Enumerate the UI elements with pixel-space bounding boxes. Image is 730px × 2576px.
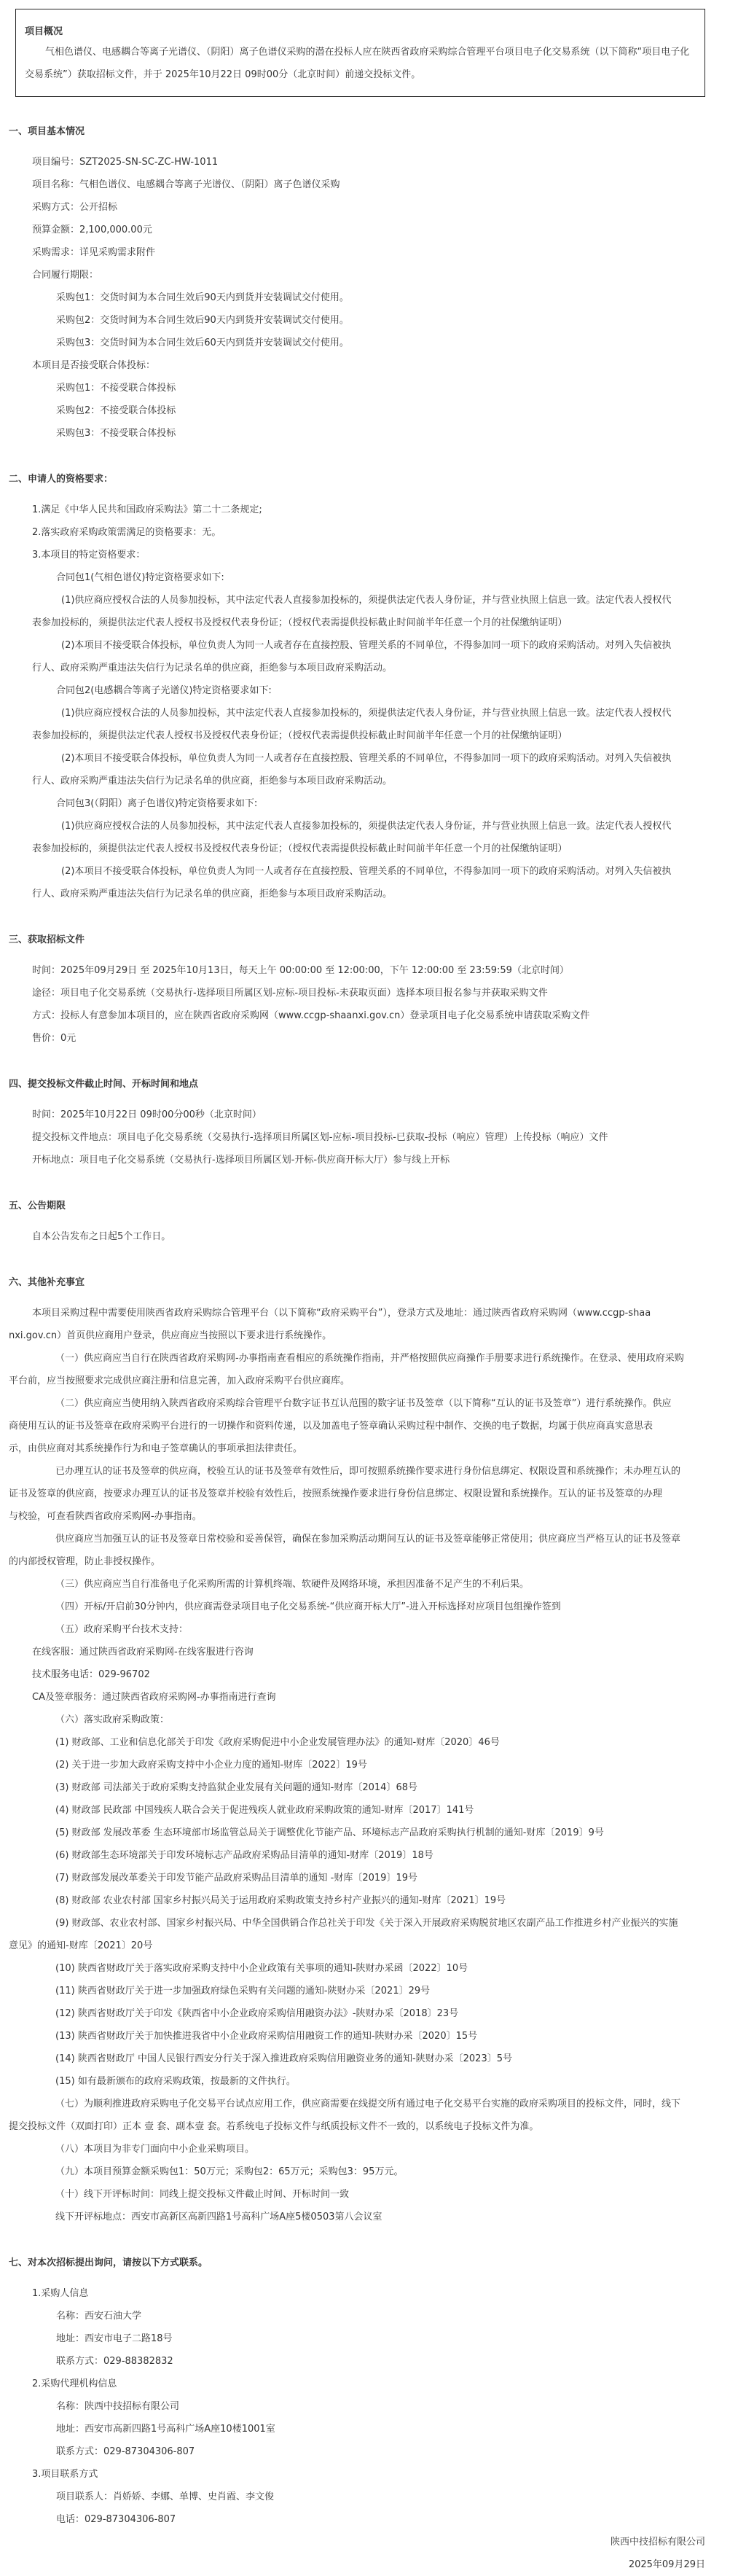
section-deadline-opening: 四、提交投标文件截止时间、开标时间和地点 时间：2025年10月22日 09时0… — [9, 1077, 721, 1171]
other-item: （七）为顺利推进政府采购电子化交易平台试点应用工作，供应商需要在线提交所有通过电… — [9, 2093, 721, 2115]
policy-item: (2) 关于进一步加大政府采购支持中小企业力度的通知-财库〔2022〕19号 — [9, 1754, 721, 1776]
contract-period-item: 采购包1：交货时间为本合同生效后90天内到货并安装调试交付使用。 — [9, 286, 721, 309]
procurement-method: 采购方式：公开招标 — [9, 196, 721, 219]
policy-item: (6) 财政部生态环境部关于印发环境标志产品政府采购品目清单的通知-财库〔201… — [9, 1844, 721, 1867]
section-title: 七、对本次招标提出询问，请按以下方式联系。 — [9, 2256, 721, 2271]
section-title: 一、项目基本情况 — [9, 125, 721, 139]
online-service: 在线客服：通过陕西省政府采购网-在线客服进行咨询 — [9, 1641, 721, 1663]
purchaser-contact: 联系方式：029-88382832 — [9, 2350, 721, 2373]
consortium-item: 采购包2：不接受联合体投标 — [9, 399, 721, 422]
consortium-item: 采购包1：不接受联合体投标 — [9, 377, 721, 399]
obtain-route: 途径：项目电子化交易系统（交易执行-选择项目所属区划-应标-项目投标-未获取页面… — [9, 982, 721, 1004]
package-requirement-text: 行人、政府采购严重违法失信行为记录名单的供应商，拒绝参与本项目政府采购活动。 — [9, 770, 721, 792]
platform-intro: 本项目采购过程中需要使用陕西省政府采购综合管理平台（以下简称“政府采购平台”），… — [9, 1302, 721, 1324]
policy-item: (10) 陕西省财政厅关于落实政府采购支持中小企业政策有关事项的通知-陕财办采函… — [9, 1957, 721, 1980]
project-name: 项目名称：气相色谱仪、电感耦合等离子光谱仪、（阴阳）离子色谱仪采购 — [9, 173, 721, 196]
ca-service: CA及签章服务：通过陕西省政府采购网-办事指南进行查询 — [9, 1686, 721, 1709]
section-title: 三、获取招标文件 — [9, 933, 721, 948]
section-basic-info: 一、项目基本情况 项目编号：SZT2025-SN-SC-ZC-HW-1011 项… — [9, 125, 721, 445]
other-item: （八）本项目为非专门面向中小企业采购项目。 — [9, 2138, 721, 2161]
policy-item: (4) 财政部 民政部 中国残疾人联合会关于促进残疾人就业政府采购政策的通知-财… — [9, 1799, 721, 1822]
project-summary-box: 项目概况 气相色谱仪、电感耦合等离子光谱仪、（阴阳）离子色谱仪采购的潜在投标人应… — [15, 9, 705, 97]
announcement-period-text: 自本公告发布之日起5个工作日。 — [9, 1225, 721, 1248]
section-title: 五、公告期限 — [9, 1199, 721, 1214]
other-item: （一）供应商应当自行在陕西省政府采购网-办事指南查看相应的系统操作指南，并严格按… — [9, 1347, 721, 1370]
summary-text: 气相色谱仪、电感耦合等离子光谱仪、（阴阳）离子色谱仪采购的潜在投标人应在陕西省政… — [25, 41, 696, 86]
signature-block: 陕西中技招标有限公司 2025年09月29日 — [9, 2531, 721, 2576]
section-contact: 七、对本次招标提出询问，请按以下方式联系。 1.采购人信息 名称：西安石油大学 … — [9, 2256, 721, 2531]
policy-item: (11) 陕西省财政厅关于进一步加强政府绿色采购有关问题的通知-陕财办采〔202… — [9, 1980, 721, 2002]
package-requirement-title: 合同包3(（阴阳）离子色谱仪)特定资格要求如下: — [9, 792, 721, 815]
section-title: 六、其他补充事宜 — [9, 1276, 721, 1290]
obtain-method: 方式：投标人有意参加本项目的，应在陕西省政府采购网（www.ccgp-shaan… — [9, 1004, 721, 1027]
other-item: 与校验，可查看陕西省政府采购网-办事指南。 — [9, 1505, 721, 1528]
signature-date: 2025年09月29日 — [9, 2553, 721, 2576]
section-title: 四、提交投标文件截止时间、开标时间和地点 — [9, 1077, 721, 1092]
section-qualifications: 二、申请人的资格要求： 1.满足《中华人民共和国政府采购法》第二十二条规定; 2… — [9, 472, 721, 905]
procurement-demand: 采购需求：详见采购需求附件 — [9, 241, 721, 264]
package-requirement-text: (1)供应商应授权合法的人员参加投标，其中法定代表人直接参加投标的，须提供法定代… — [9, 702, 721, 725]
other-item: 已办理互认的证书及签章的供应商，校验互认的证书及签章有效性后，即可按照系统操作要… — [9, 1460, 721, 1483]
other-item: 证书及签章的供应商，按要求办理互认的证书及签章并校验有效性后，按照系统操作要求进… — [9, 1483, 721, 1505]
other-item: （三）供应商应当自行准备电子化采购所需的计算机终端、软硬件及网络环境，承担因准备… — [9, 1573, 721, 1596]
opening-place: 开标地点：项目电子化交易系统（交易执行-选择项目所属区划-开标-供应商开标大厅）… — [9, 1149, 721, 1171]
section-announcement-period: 五、公告期限 自本公告发布之日起5个工作日。 — [9, 1199, 721, 1248]
tech-service-phone: 技术服务电话：029-96702 — [9, 1663, 721, 1686]
other-item: 供应商应当加强互认的证书及签章日常校验和妥善保管，确保在参加采购活动期间互认的证… — [9, 1528, 721, 1550]
section-other-matters: 六、其他补充事宜 本项目采购过程中需要使用陕西省政府采购综合管理平台（以下简称“… — [9, 1276, 721, 2228]
agency-address: 地址：西安市高新四路1号高科广场A座10楼1001室 — [9, 2418, 721, 2440]
policy-item: (5) 财政部 发展改革委 生态环境部市场监管总局关于调整优化节能产品、环境标志… — [9, 1822, 721, 1844]
summary-title: 项目概况 — [25, 27, 696, 36]
package-budget-breakdown: （九）本项目预算金额采购包1：50万元；采购包2：65万元；采购包3：95万元。 — [9, 2161, 721, 2183]
policy-item: (8) 财政部 农业农村部 国家乡村振兴局关于运用政府采购政策支持乡村产业振兴的… — [9, 1889, 721, 1912]
offline-evaluation-time: （十）线下开评标时间：同线上提交投标文件截止时间、开标时间一致 — [9, 2183, 721, 2206]
contract-period-label: 合同履行期限： — [9, 264, 721, 286]
package-requirement-text: 行人、政府采购严重违法失信行为记录名单的供应商，拒绝参与本项目政府采购活动。 — [9, 657, 721, 679]
package-requirement-text: (2)本项目不接受联合体投标，单位负责人为同一人或者存在直接控股、管理关系的不同… — [9, 860, 721, 883]
package-requirement-text: (2)本项目不接受联合体投标，单位负责人为同一人或者存在直接控股、管理关系的不同… — [9, 747, 721, 770]
policy-item: 意见》的通知-财库〔2021〕20号 — [9, 1935, 721, 1957]
other-item: （二）供应商应当使用纳入陕西省政府采购综合管理平台数字证书互认范围的数字证书及签… — [9, 1392, 721, 1415]
announcement-page: 项目概况 气相色谱仪、电感耦合等离子光谱仪、（阴阳）离子色谱仪采购的潜在投标人应… — [0, 0, 730, 2576]
agency-heading: 2.采购代理机构信息 — [9, 2373, 721, 2395]
project-contact-persons: 项目联系人：肖娇娇、李娜、单博、史肖霞、李文俊 — [9, 2486, 721, 2508]
contract-period-item: 采购包3：交货时间为本合同生效后60天内到货并安装调试交付使用。 — [9, 332, 721, 354]
package-requirement-title: 合同包2(电感耦合等离子光谱仪)特定资格要求如下: — [9, 679, 721, 702]
package-requirement-title: 合同包1(气相色谱仪)特定资格要求如下: — [9, 566, 721, 589]
platform-intro: nxi.gov.cn）首页供应商用户登录，供应商应当按照以下要求进行系统操作。 — [9, 1324, 721, 1347]
purchaser-name: 名称：西安石油大学 — [9, 2305, 721, 2327]
package-requirement-text: 表参加投标的，须提供法定代表人授权书及授权代表身份证；（授权代表需提供投标截止时… — [9, 838, 721, 860]
package-requirement-text: 行人、政府采购严重违法失信行为记录名单的供应商，拒绝参与本项目政府采购活动。 — [9, 883, 721, 905]
other-item: 示，由供应商对其系统操作行为和电子签章确认的事项承担法律责任。 — [9, 1437, 721, 1460]
consortium-label: 本项目是否接受联合体投标： — [9, 354, 721, 377]
policy-item: (13) 陕西省财政厅关于加快推进我省中小企业政府采购信用融资工作的通知-陕财办… — [9, 2025, 721, 2048]
other-item: 的内部授权管理，防止非授权操作。 — [9, 1550, 721, 1573]
contract-period-item: 采购包2：交货时间为本合同生效后90天内到货并安装调试交付使用。 — [9, 309, 721, 332]
policy-item: (15) 如有最新颁布的政府采购政策，按最新的文件执行。 — [9, 2070, 721, 2093]
package-requirement-text: 表参加投标的，须提供法定代表人授权书及授权代表身份证；（授权代表需提供投标截止时… — [9, 725, 721, 747]
requirement-item: 1.满足《中华人民共和国政府采购法》第二十二条规定; — [9, 499, 721, 521]
policy-item: (9) 财政部、农业农村部、国家乡村振兴局、中华全国供销合作总社关于印发《关于深… — [9, 1912, 721, 1935]
purchaser-address: 地址：西安市电子二路18号 — [9, 2327, 721, 2350]
policy-item: (12) 陕西省财政厅关于印发《陕西省中小企业政府采购信用融资办法》-陕财办采〔… — [9, 2002, 721, 2025]
other-item: 商使用互认的证书及签章在政府采购平台进行的一切操作和资料传递，以及加盖电子签章确… — [9, 1415, 721, 1437]
section-obtain-documents: 三、获取招标文件 时间：2025年09月29日 至 2025年10月13日，每天… — [9, 933, 721, 1050]
obtain-time: 时间：2025年09月29日 至 2025年10月13日，每天上午 00:00:… — [9, 959, 721, 982]
policy-item: (3) 财政部 司法部关于政府采购支持监狱企业发展有关问题的通知-财库〔2014… — [9, 1776, 721, 1799]
package-requirement-text: (1)供应商应授权合法的人员参加投标，其中法定代表人直接参加投标的，须提供法定代… — [9, 815, 721, 838]
package-requirement-text: 表参加投标的，须提供法定代表人授权书及授权代表身份证；（授权代表需提供投标截止时… — [9, 612, 721, 634]
submit-place: 提交投标文件地点：项目电子化交易系统（交易执行-选择项目所属区划-应标-项目投标… — [9, 1126, 721, 1149]
offline-evaluation-place: 线下开评标地点：西安市高新区高新四路1号高科广场A座5楼0503第八会议室 — [9, 2206, 721, 2228]
project-contact-phone: 电话：029-87304306-807 — [9, 2508, 721, 2531]
policy-title: （六）落实政府采购政策： — [9, 1709, 721, 1731]
other-item: （四）开标/开启前30分钟内，供应商需登录项目电子化交易系统-“供应商开标大厅”… — [9, 1596, 721, 1618]
package-requirement-text: (2)本项目不接受联合体投标，单位负责人为同一人或者存在直接控股、管理关系的不同… — [9, 634, 721, 657]
consortium-item: 采购包3：不接受联合体投标 — [9, 422, 721, 445]
agency-name: 名称：陕西中技招标有限公司 — [9, 2395, 721, 2418]
requirement-item: 2.落实政府采购政策需满足的资格要求：无。 — [9, 521, 721, 544]
other-item: 平台前，应当按照要求完成供应商注册和信息完善，加入政府采购平台供应商库。 — [9, 1370, 721, 1392]
signature-company: 陕西中技招标有限公司 — [9, 2531, 721, 2553]
purchaser-heading: 1.采购人信息 — [9, 2282, 721, 2305]
agency-contact: 联系方式：029-87304306-807 — [9, 2440, 721, 2463]
policy-item: (7) 财政部发展改革委关于印发节能产品政府采购品目清单的通知 -财库〔2019… — [9, 1867, 721, 1889]
project-contact-heading: 3.项目联系方式 — [9, 2463, 721, 2486]
section-title: 二、申请人的资格要求： — [9, 472, 721, 487]
policy-item: (1) 财政部、工业和信息化部关于印发《政府采购促进中小企业发展管理办法》的通知… — [9, 1731, 721, 1754]
other-item: （五）政府采购平台技术支持： — [9, 1618, 721, 1641]
budget-amount: 预算金额：2,100,000.00元 — [9, 219, 721, 241]
project-number: 项目编号：SZT2025-SN-SC-ZC-HW-1011 — [9, 151, 721, 173]
policy-item: (14) 陕西省财政厅 中国人民银行西安分行关于深入推进政府采购信用融资业务的通… — [9, 2048, 721, 2070]
obtain-price: 售价：0元 — [9, 1027, 721, 1050]
other-item: 提交投标文件（双面打印）正本 壹 套、副本壹 套。若系统电子投标文件与纸质投标文… — [9, 2115, 721, 2138]
requirement-item: 3.本项目的特定资格要求： — [9, 544, 721, 566]
package-requirement-text: (1)供应商应授权合法的人员参加投标，其中法定代表人直接参加投标的，须提供法定代… — [9, 589, 721, 612]
deadline-time: 时间：2025年10月22日 09时00分00秒（北京时间） — [9, 1104, 721, 1126]
